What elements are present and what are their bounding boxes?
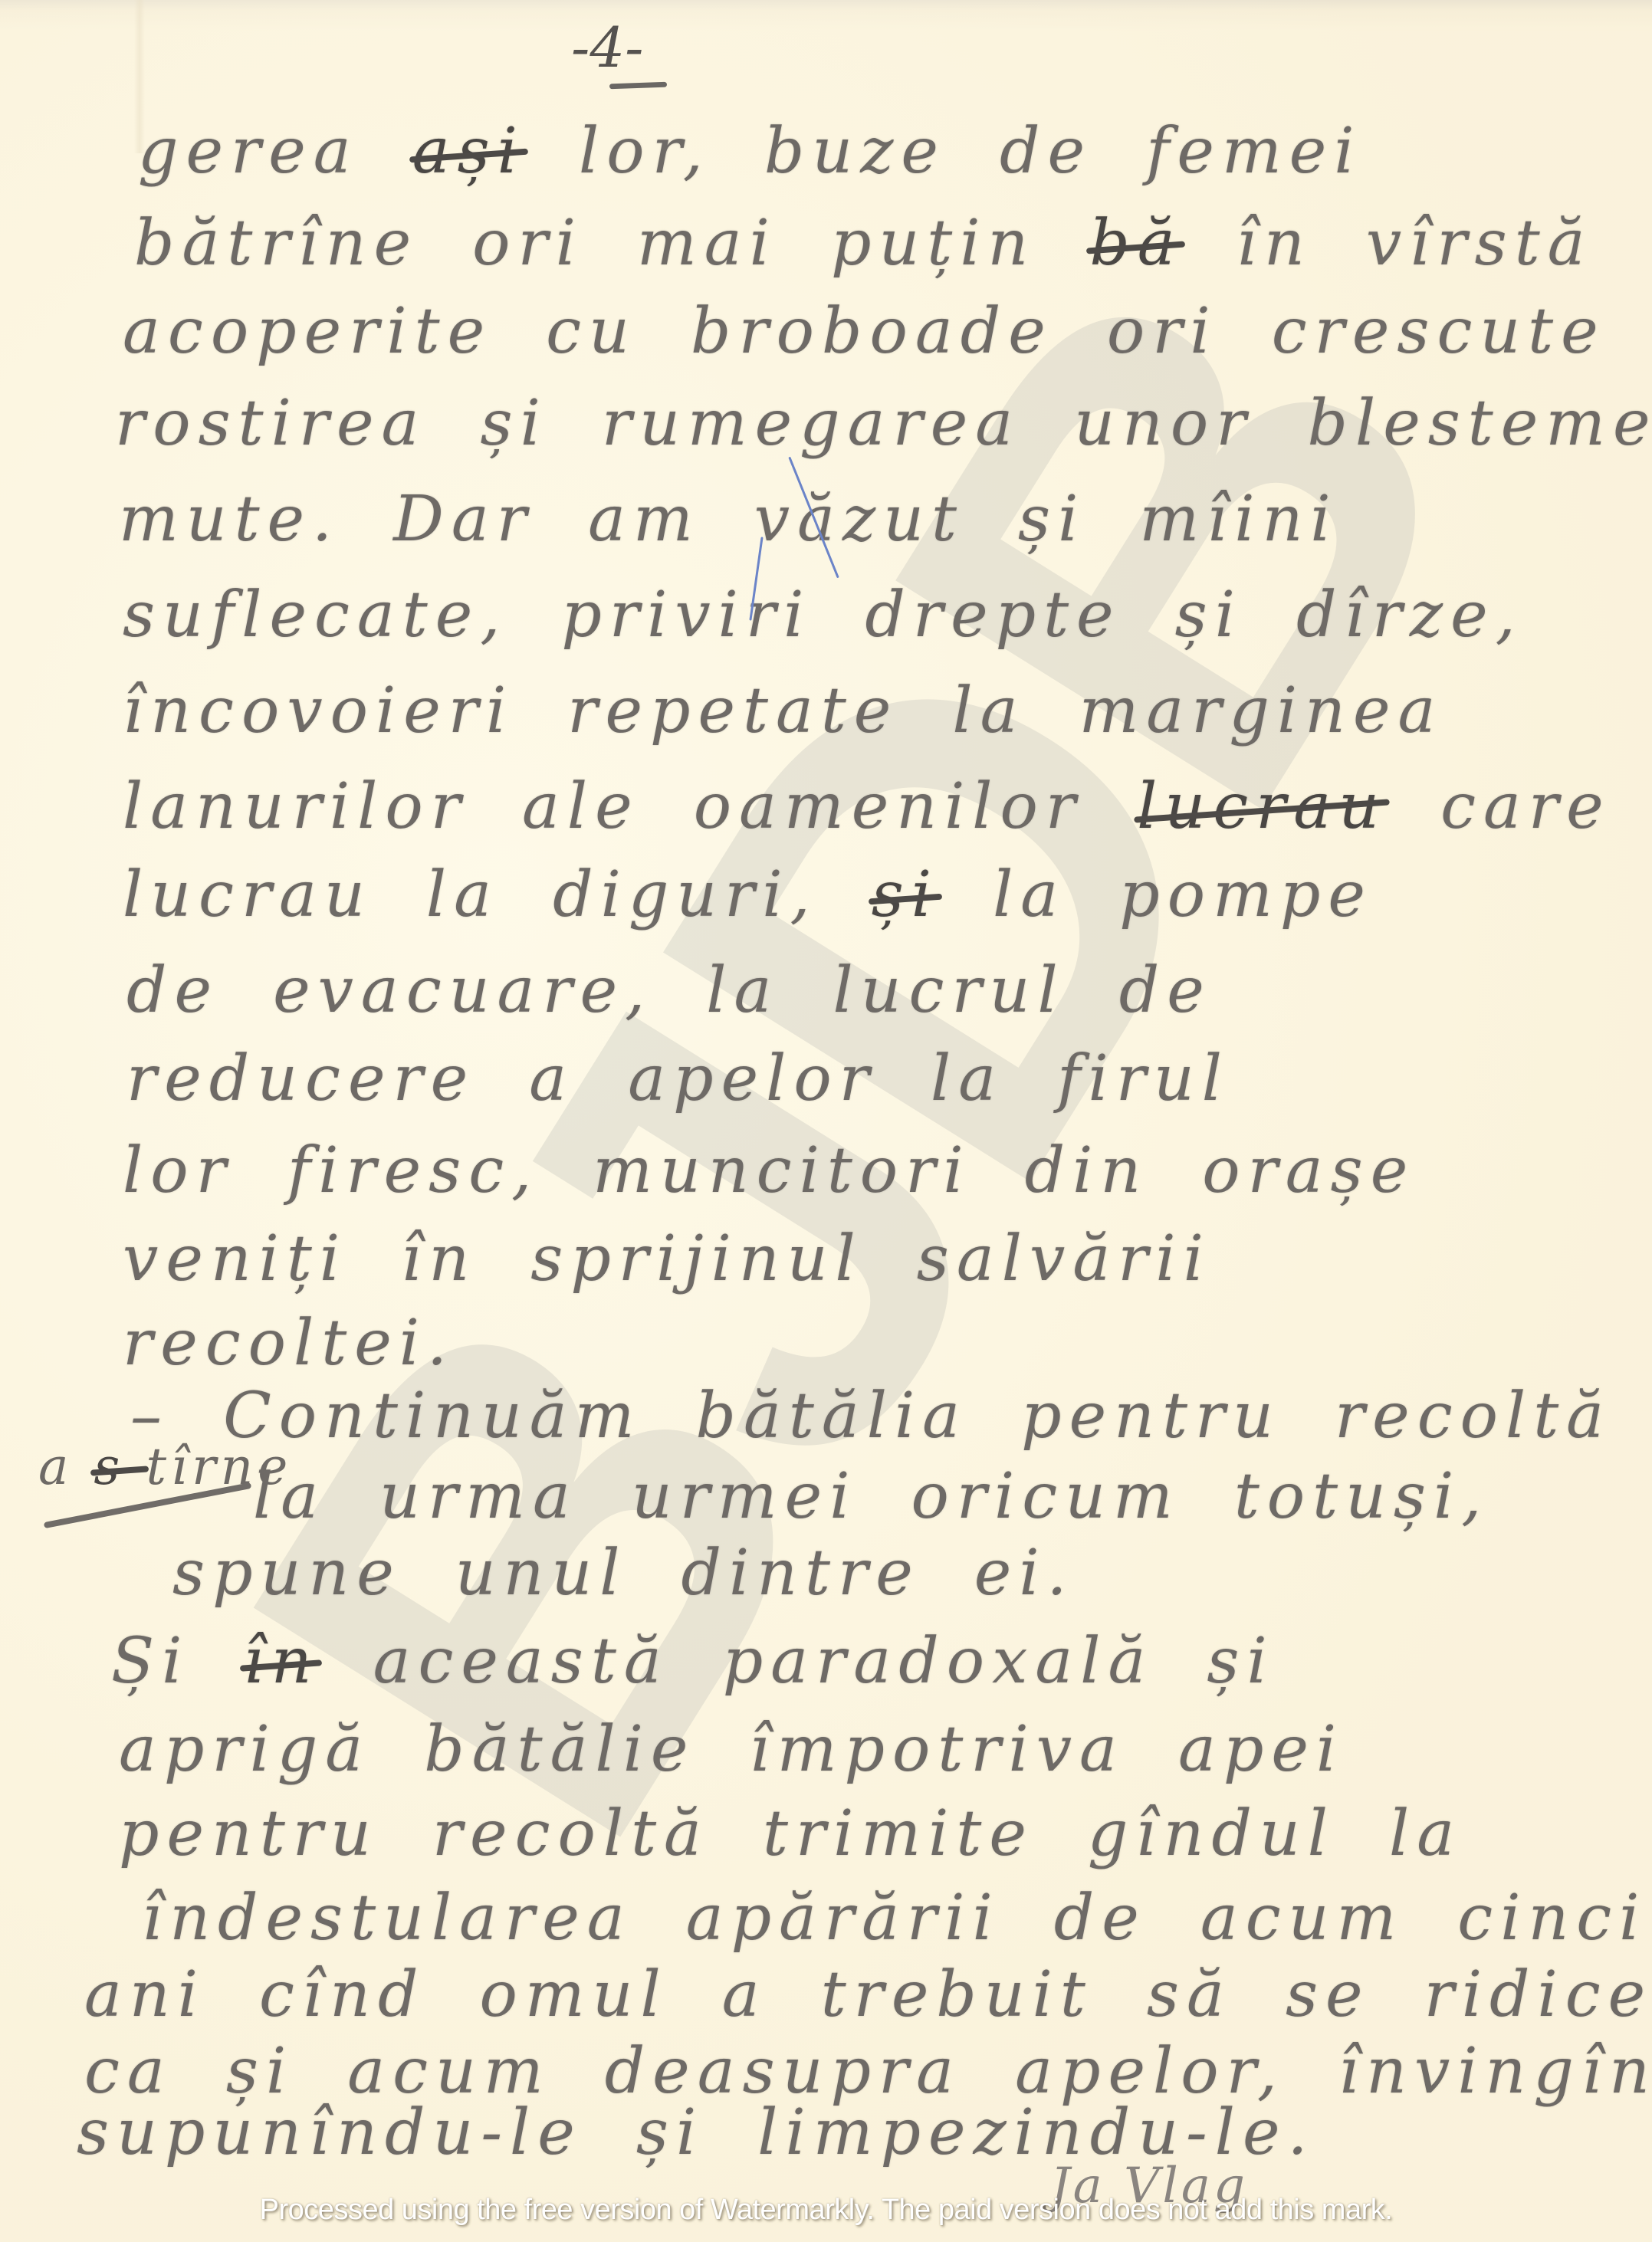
line-text: acoperite cu broboade ori crescute în <box>123 295 1652 368</box>
line-text: bătrîne ori mai puțin <box>134 207 1089 280</box>
margin-note-text: a <box>38 1437 94 1496</box>
line-text: spune unul dintre ei. <box>172 1537 1075 1610</box>
manuscript-line-2: bătrîne ori mai puțin bă în vîrstă <box>134 207 1593 280</box>
manuscript-line-9: lucrau la diguri, și la pompe <box>123 858 1373 931</box>
line-text: – Continuăm bătălia pentru recoltă <box>130 1380 1611 1453</box>
line-text: gerea <box>138 115 412 188</box>
manuscript-line-13: veniți în sprijinul salvării <box>123 1223 1211 1295</box>
manuscript-line-7: încovoieri repetate la marginea <box>123 675 1443 747</box>
line-text: lor firesc, muncitori din orașe <box>123 1134 1415 1207</box>
line-text: care <box>1387 770 1611 843</box>
struck-word: ași <box>412 115 525 188</box>
manuscript-line-10: de evacuare, la lucrul de <box>126 954 1212 1027</box>
line-text: lanurilor ale oamenilor <box>123 770 1137 843</box>
line-text: această paradoxală și <box>320 1625 1275 1698</box>
manuscript-line-15: – Continuăm bătălia pentru recoltă <box>130 1380 1611 1453</box>
line-text: mute. Dar am văzut și mîini <box>119 483 1338 556</box>
manuscript-line-16: la urma urmei oricum totuși, <box>253 1460 1489 1533</box>
line-text: reducere a apelor la firul <box>126 1042 1230 1115</box>
line-text: pentru recoltă trimite gîndul la <box>119 1797 1462 1870</box>
line-text: rostirea și rumegarea unor blesteme <box>115 387 1652 460</box>
manuscript-line-20: pentru recoltă trimite gîndul la <box>119 1797 1462 1870</box>
manuscript-line-12: lor firesc, muncitori din orașe <box>123 1134 1415 1207</box>
line-text: Și <box>111 1625 243 1698</box>
line-text: ani cînd omul a trebuit să se ridice <box>84 1958 1652 2031</box>
manuscript-line-14: recoltei. <box>123 1307 455 1380</box>
watermarkly-footer-notice: Processed using the free version of Wate… <box>0 2194 1652 2227</box>
struck-word: în <box>243 1625 319 1698</box>
manuscript-line-4: rostirea și rumegarea unor blesteme <box>115 387 1652 460</box>
line-text: lucrau la diguri, <box>123 858 872 931</box>
manuscript-line-3: acoperite cu broboade ori crescute în <box>123 295 1652 368</box>
struck-word: lucrau <box>1137 770 1387 843</box>
line-text: îndestularea apărării de acum cinci <box>142 1882 1647 1955</box>
struck-word: s- <box>94 1437 146 1496</box>
manuscript-line-19: aprigă bătălie împotriva apei <box>119 1713 1344 1786</box>
line-text: în vîrstă <box>1183 207 1593 280</box>
line-text: veniți în sprijinul salvării <box>123 1223 1211 1295</box>
line-text: la urma urmei oricum totuși, <box>253 1460 1489 1533</box>
manuscript-line-8: lanurilor ale oamenilor lucrau care <box>123 770 1611 843</box>
line-text: lor, buze de femei <box>525 115 1362 188</box>
manuscript-line-11: reducere a apelor la firul <box>126 1042 1230 1115</box>
page-number: -4- <box>571 15 643 80</box>
manuscript-line-18: Și în această paradoxală și <box>111 1625 1275 1698</box>
manuscript-line-5: mute. Dar am văzut și mîini <box>119 483 1338 556</box>
manuscript-line-1: gerea ași lor, buze de femei <box>138 115 1361 188</box>
line-text: suflecate, priviri drepte și dîrze, <box>123 579 1523 652</box>
line-text: recoltei. <box>123 1307 455 1380</box>
manuscript-line-22: ani cînd omul a trebuit să se ridice <box>84 1958 1652 2031</box>
struck-word: și <box>872 858 939 931</box>
line-text: de evacuare, la lucrul de <box>126 954 1212 1027</box>
manuscript-line-21: îndestularea apărării de acum cinci <box>142 1882 1647 1955</box>
struck-word: bă <box>1089 207 1182 280</box>
manuscript-line-6: suflecate, priviri drepte și dîrze, <box>123 579 1523 652</box>
manuscript-line-17: spune unul dintre ei. <box>172 1537 1075 1610</box>
line-text: aprigă bătălie împotriva apei <box>119 1713 1344 1786</box>
line-text: la pompe <box>939 858 1373 931</box>
line-text: încovoieri repetate la marginea <box>123 675 1443 747</box>
